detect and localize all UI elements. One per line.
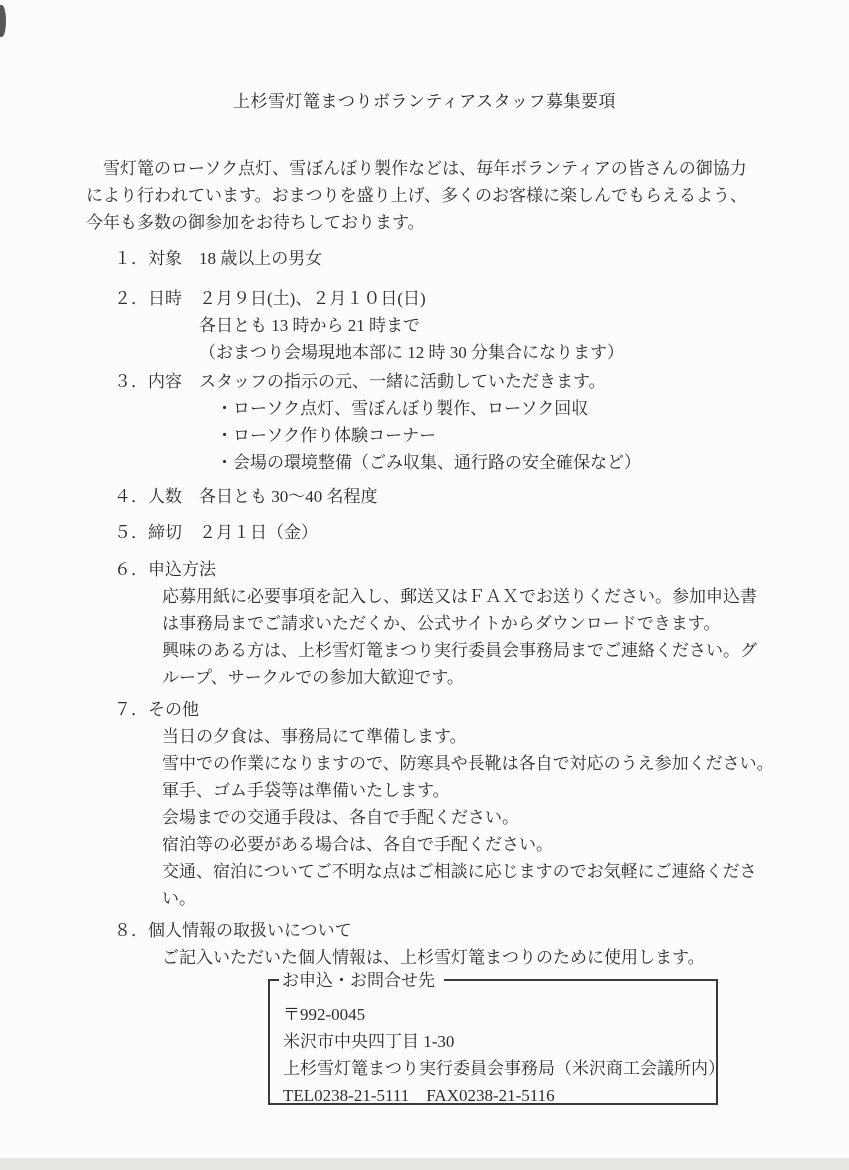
item-number: ３． (114, 368, 148, 395)
contact-box: お申込・お問合せ先 〒992-0045 米沢市中央四丁目 1-30 上杉雪灯篭ま… (268, 979, 718, 1105)
item-naiyou: ３．内容スタッフの指示の元、一緒に活動していただきます。 ・ローソク点灯、雪ぼん… (86, 368, 849, 476)
item-bullet-line: ・ローソク作り体験コーナー (216, 422, 849, 449)
item-taishou: １．対象18 歳以上の男女 (86, 245, 849, 272)
item-sonota: ７．その他 当日の夕食は、事務局にて準備します。 雪中での作業になりますので、防… (86, 696, 849, 912)
item-subline: 宿泊等の必要がある場合は、各自で手配ください。 (162, 831, 849, 858)
item-label: 人数 (148, 487, 182, 506)
item-subline: ご記入いただいた個人情報は、上杉雪灯篭まつりのために使用します。 (162, 944, 849, 971)
item-label: 個人情報の取扱いについて (148, 921, 352, 940)
scan-edge-left (0, 0, 2, 1156)
item-subline: い。 (162, 885, 849, 912)
item-moushikomi: ６．申込方法 応募用紙に必要事項を記入し、郵送又はＦＡＸでお送りください。参加申… (86, 556, 849, 691)
item-text: スタッフの指示の元、一緒に活動していただきます。 (199, 372, 606, 391)
item-label: その他 (148, 700, 199, 719)
item-label: 日時 (148, 289, 182, 308)
item-subline: 当日の夕食は、事務局にて準備します。 (162, 723, 849, 750)
item-subline: 軍手、ゴム手袋等は準備いたします。 (162, 777, 849, 804)
item-head: ４．人数各日とも 30～40 名程度 (114, 483, 849, 510)
item-text: 各日とも 30～40 名程度 (199, 487, 378, 506)
item-subline: 交通、宿泊についてご不明な点はご相談に応じますのでお気軽にご連絡くださ (162, 858, 849, 885)
item-label: 締切 (148, 523, 182, 542)
intro-line: 今年も多数の御参加をお待ちしております。 (86, 209, 769, 236)
item-head: ７．その他 (114, 696, 849, 723)
item-subline: 会場までの交通手段は、各自で手配ください。 (162, 804, 849, 831)
item-number: １． (114, 245, 148, 272)
scanned-document-page: 上杉雪灯篭まつりボランティアスタッフ募集要項 雪灯篭のローソク点灯、雪ぼんぼり製… (0, 0, 849, 1170)
item-number: ７． (114, 696, 148, 723)
item-head: ３．内容スタッフの指示の元、一緒に活動していただきます。 (114, 368, 849, 395)
item-label: 内容 (148, 372, 182, 391)
item-kojinjouhou: ８．個人情報の取扱いについて ご記入いただいた個人情報は、上杉雪灯篭まつりのため… (86, 917, 849, 971)
contact-tel-fax: TEL0238-21-5111 FAX0238-21-5116 (283, 1082, 716, 1109)
item-subline: （おまつり会場現地本部に 12 時 30 分集合になります） (199, 339, 849, 366)
item-head: ５．締切２月１日（金） (114, 519, 849, 546)
scan-edge-bottom (0, 1158, 849, 1170)
item-shimekiri: ５．締切２月１日（金） (86, 519, 849, 546)
item-subline: 雪中での作業になりますので、防寒具や長靴は各自で対応のうえ参加ください。 (162, 750, 849, 777)
item-ninzuu: ４．人数各日とも 30～40 名程度 (86, 483, 849, 510)
contact-address: 米沢市中央四丁目 1-30 (283, 1028, 716, 1055)
item-subline: 応募用紙に必要事項を記入し、郵送又はＦＡＸでお送りください。参加申込書 (162, 583, 849, 610)
item-subline: 各日とも 13 時から 21 時まで (199, 312, 849, 339)
item-number: ２． (114, 285, 148, 312)
item-number: ６． (114, 556, 148, 583)
document-title: 上杉雪灯篭まつりボランティアスタッフ募集要項 (0, 0, 849, 115)
numbered-item-list: １．対象18 歳以上の男女 ２．日時２月９日(土)、２月１０日(日) 各日とも … (86, 245, 849, 971)
contact-postal-code: 〒992-0045 (283, 1001, 716, 1028)
item-number: ５． (114, 519, 148, 546)
item-text: 18 歳以上の男女 (199, 249, 322, 268)
item-head: ２．日時２月９日(土)、２月１０日(日) (114, 285, 849, 312)
contact-office-name: 上杉雪灯篭まつり実行委員会事務局（米沢商工会議所内） (283, 1055, 716, 1082)
item-number: ４． (114, 483, 148, 510)
item-head: ６．申込方法 (114, 556, 849, 583)
item-bullet-line: ・ローソク点灯、雪ぼんぼり製作、ローソク回収 (216, 395, 849, 422)
contact-box-legend: お申込・お問合せ先 (279, 967, 444, 994)
item-label: 申込方法 (148, 560, 216, 579)
item-number: ８． (114, 917, 148, 944)
item-head: １．対象18 歳以上の男女 (114, 245, 849, 272)
intro-paragraph: 雪灯篭のローソク点灯、雪ぼんぼり製作などは、毎年ボランティアの皆さんの御協力 に… (86, 155, 769, 236)
item-bullet-line: ・会場の環境整備（ごみ収集、通行路の安全確保など） (216, 449, 849, 476)
intro-line: により行われています。おまつりを盛り上げ、多くのお客様に楽しんでもらえるよう、 (86, 182, 769, 209)
item-subline: 興味のある方は、上杉雪灯篭まつり実行委員会事務局までご連絡ください。グ (162, 637, 849, 664)
item-text: ２月９日(土)、２月１０日(日) (199, 289, 426, 308)
item-label: 対象 (148, 249, 182, 268)
item-head: ８．個人情報の取扱いについて (114, 917, 849, 944)
item-subline: ループ、サークルでの参加大歓迎です。 (162, 664, 849, 691)
intro-line: 雪灯篭のローソク点灯、雪ぼんぼり製作などは、毎年ボランティアの皆さんの御協力 (86, 155, 769, 182)
item-subline: は事務局までご請求いただくか、公式サイトからダウンロードできます。 (162, 610, 849, 637)
item-text: ２月１日（金） (199, 523, 318, 542)
item-nichiji: ２．日時２月９日(土)、２月１０日(日) 各日とも 13 時から 21 時まで … (86, 285, 849, 366)
